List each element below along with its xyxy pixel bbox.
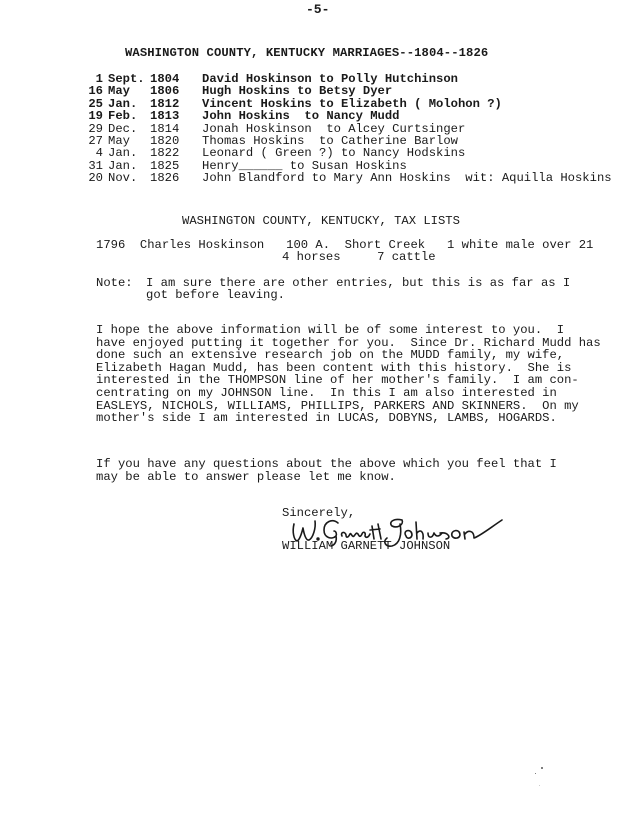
ink-speck (541, 767, 543, 769)
marriage-couple: John Blandford to Mary Ann Hoskins wit: … (202, 172, 612, 185)
ink-speck (535, 773, 536, 774)
marriage-month: Nov. (103, 171, 137, 185)
marriages-heading: WASHINGTON COUNTY, KENTUCKY MARRIAGES--1… (125, 47, 488, 60)
marriage-year: 1826 (150, 172, 179, 185)
marriage-day: 20 (88, 172, 103, 185)
page-number: -5- (306, 4, 329, 17)
paragraph-line: mother's side I am interested in LUCAS, … (96, 412, 601, 425)
typewritten-page: -5- WASHINGTON COUNTY, KENTUCKY MARRIAGE… (0, 0, 638, 831)
letter-paragraph-2: If you have any questions about the abov… (96, 458, 557, 483)
ink-speck (539, 785, 540, 786)
typed-signer-name: WILLIAM GARNETT JOHNSON (282, 540, 450, 553)
tax-lists-heading: WASHINGTON COUNTY, KENTUCKY, TAX LISTS (182, 215, 460, 228)
tax-entry-line2: 4 horses 7 cattle (282, 251, 436, 264)
marriage-couple: John Hoskins to Nancy Mudd (202, 110, 399, 123)
marriage-year: 1813 (150, 110, 179, 123)
paragraph-line: centrating on my JOHNSON line. In this I… (96, 387, 601, 400)
marriage-date: 20Nov. (88, 172, 137, 185)
paragraph-line: may be able to answer please let me know… (96, 471, 557, 484)
note-label: Note: (96, 277, 133, 290)
marriage-date: 19Feb. (88, 110, 137, 123)
paragraph-line: I hope the above information will be of … (96, 324, 601, 337)
note-text-line2: got before leaving. (146, 289, 285, 302)
paragraph-line: done such an extensive research job on t… (96, 349, 601, 362)
paragraph-line: If you have any questions about the abov… (96, 458, 557, 471)
letter-paragraph-1: I hope the above information will be of … (96, 324, 601, 425)
marriage-day: 19 (88, 110, 103, 123)
